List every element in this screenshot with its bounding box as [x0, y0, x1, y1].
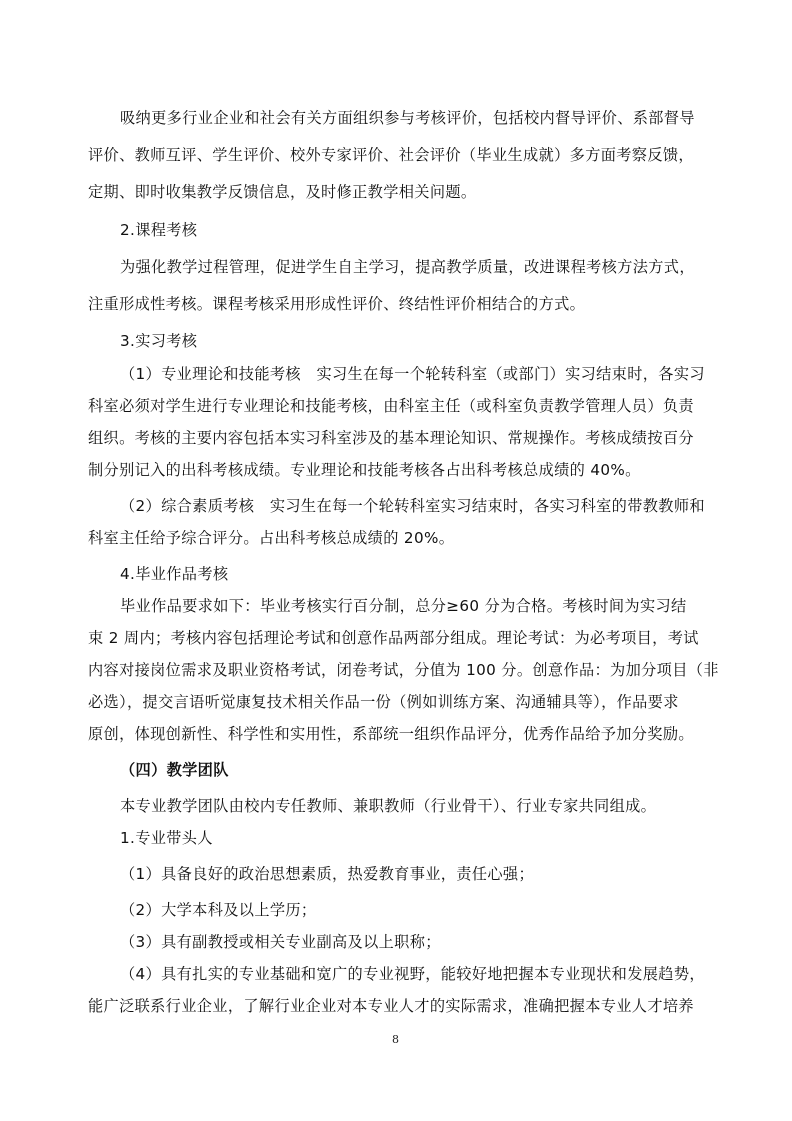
list-item: （2）大学本科及以上学历；: [120, 900, 718, 920]
document-page: 吸纳更多行业企业和社会有关方面组织参与考核评价，包括校内督导评价、系部督导 评价…: [0, 0, 792, 1121]
paragraph-line: 原创，体现创新性、科学性和实用性，系部统一组织作品评分，优秀作品给予加分奖励。: [88, 724, 718, 744]
section-heading-internship-assessment: 3.实习考核: [120, 331, 718, 351]
paragraph-line: （1）专业理论和技能考核 实习生在每一个轮转科室（或部门）实习结束时，各实习: [120, 364, 718, 384]
paragraph-line: 组织。考核的主要内容包括本实习科室涉及的基本理论知识、常规操作。考核成绩按百分: [88, 428, 718, 448]
paragraph-line: 能广泛联系行业企业，了解行业企业对本专业人才的实际需求，准确把握本专业人才培养: [88, 996, 718, 1016]
paragraph-line: 制分别记入的出科考核成绩。专业理论和技能考核各占出科考核总成绩的 40%。: [88, 460, 718, 480]
paragraph-line: 吸纳更多行业企业和社会有关方面组织参与考核评价，包括校内督导评价、系部督导: [120, 108, 718, 128]
list-item: （4）具有扎实的专业基础和宽广的专业视野，能较好地把握本专业现状和发展趋势，: [120, 964, 718, 984]
paragraph-line: （2）综合素质考核 实习生在每一个轮转科室实习结束时，各实习科室的带教教师和: [120, 496, 718, 516]
section-heading-program-leader: 1.专业带头人: [120, 828, 718, 848]
paragraph-line: 必选），提交言语听觉康复技术相关作品一份（例如训练方案、沟通辅具等），作品要求: [88, 692, 718, 712]
paragraph-line: 内容对接岗位需求及职业资格考试，闭卷考试，分值为 100 分。创意作品：为加分项…: [88, 660, 718, 680]
page-number: 8: [392, 1033, 399, 1046]
list-item: （3）具有副教授或相关专业副高及以上职称；: [120, 932, 718, 952]
paragraph-line: 注重形成性考核。课程考核采用形成性评价、终结性评价相结合的方式。: [88, 294, 718, 314]
section-heading-graduation-work: 4.毕业作品考核: [120, 564, 718, 584]
section-heading-course-assessment: 2.课程考核: [120, 220, 718, 240]
paragraph-line: 本专业教学团队由校内专任教师、兼职教师（行业骨干）、行业专家共同组成。: [120, 796, 718, 816]
paragraph-line: 评价、教师互评、学生评价、校外专家评价、社会评价（毕业生成就）多方面考察反馈，: [88, 145, 718, 165]
paragraph-line: 为强化教学过程管理，促进学生自主学习，提高教学质量，改进课程考核方法方式，: [120, 257, 718, 277]
paragraph-line: 科室必须对学生进行专业理论和技能考核，由科室主任（或科室负责教学管理人员）负责: [88, 396, 718, 416]
paragraph-line: 束 2 周内；考核内容包括理论考试和创意作品两部分组成。理论考试：为必考项目，考…: [88, 628, 718, 648]
section-heading-teaching-team: （四）教学团队: [120, 760, 718, 780]
paragraph-line: 定期、即时收集教学反馈信息，及时修正教学相关问题。: [88, 182, 718, 202]
list-item: （1）具备良好的政治思想素质，热爱教育事业，责任心强；: [120, 864, 718, 884]
paragraph-line: 科室主任给予综合评分。占出科考核总成绩的 20%。: [88, 528, 718, 548]
paragraph-line: 毕业作品要求如下：毕业考核实行百分制，总分≥60 分为合格。考核时间为实习结: [120, 596, 718, 616]
